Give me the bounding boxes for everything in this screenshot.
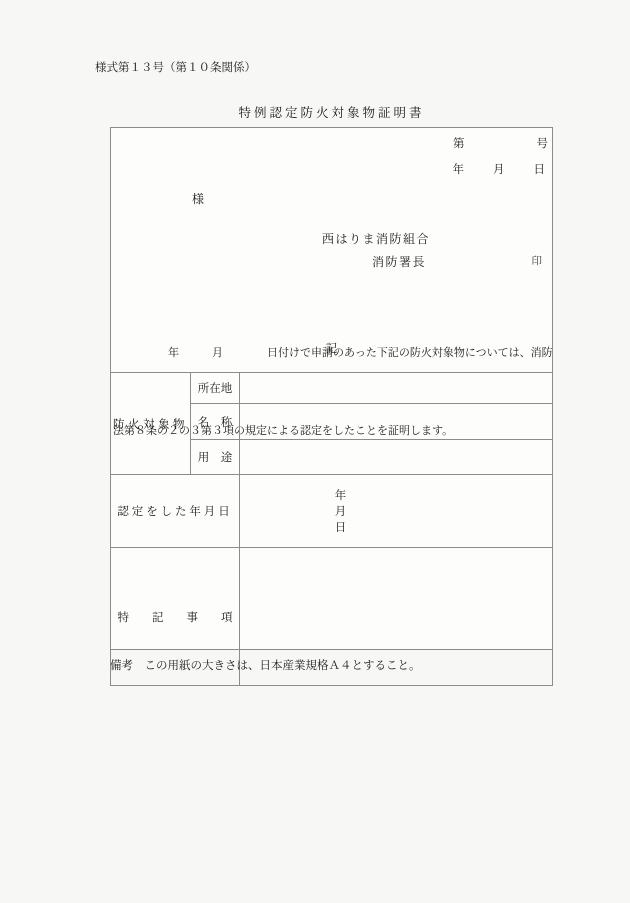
fire-object-table: 防火対象物 所在地 名 称 用 途 認定をした年月日 年 月 日 (110, 372, 553, 686)
issue-date-line: 年 月 日 (453, 163, 546, 178)
doc-number-line: 第 号 (453, 137, 548, 152)
certified-date-label: 認定をした年月日 (111, 475, 240, 548)
issuer-title: 消防署長 (372, 254, 426, 270)
remarks-note: 備考 この用紙の大きさは、日本産業規格Ａ４とすること。 (110, 659, 421, 674)
issuer-organization: 西はりま消防組合 (322, 231, 430, 247)
name-label: 名 称 (191, 404, 240, 440)
issue-date-month-label: 月 (493, 163, 505, 178)
list-heading-ki: 記 (111, 342, 552, 357)
doc-number-suffix: 号 (537, 137, 549, 152)
name-value (240, 404, 553, 440)
location-value (240, 373, 553, 404)
use-label: 用 途 (191, 440, 240, 475)
certified-date-month-label: 月 (335, 506, 347, 518)
issue-date-year-label: 年 (453, 163, 465, 178)
issuer-line: 消防署長 印 (372, 254, 542, 270)
form-number: 様式第１３号（第１０条関係） (95, 61, 256, 76)
table-row-location: 防火対象物 所在地 (111, 373, 553, 404)
addressee-honorific: 様 (192, 191, 204, 207)
document-title: 特例認定防火対象物証明書 (110, 105, 553, 121)
certified-date-year-label: 年 (335, 490, 347, 502)
certified-date-value: 年 月 日 (240, 475, 553, 548)
table-row-certified-date: 認定をした年月日 年 月 日 (111, 475, 553, 548)
fire-object-group-label: 防火対象物 (111, 373, 191, 475)
issue-date-day-label: 日 (534, 163, 546, 178)
certified-date-day-label: 日 (335, 522, 347, 534)
location-label: 所在地 (191, 373, 240, 404)
doc-number-prefix: 第 (453, 137, 465, 152)
seal-mark: 印 (532, 255, 543, 269)
use-value (240, 440, 553, 475)
certificate-frame: 第 号 年 月 日 様 西はりま消防組合 消防署長 印 年 月 日付けで申請のあ… (110, 127, 553, 650)
